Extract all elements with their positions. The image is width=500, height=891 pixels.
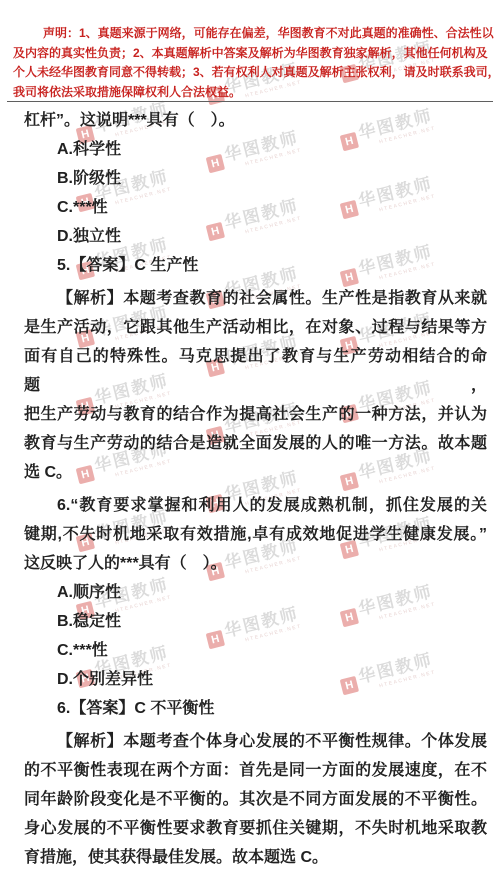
answer-line: 6.【答案】C 不平衡性 bbox=[24, 694, 487, 723]
option-line: D.个别差异性 bbox=[24, 665, 487, 694]
analysis-line: 是生产活动，它跟其他生产活动相比，在对象、过程与结果等方 bbox=[24, 313, 487, 342]
option-line: A.顺序性 bbox=[24, 578, 487, 607]
analysis-line: 身心发展的不平衡性要求教育要抓住关键期，不失时机地采取教 bbox=[24, 814, 487, 843]
analysis-line: 教育与生产劳动的结合是造就全面发展的人的唯一方法。故本题 bbox=[24, 429, 487, 458]
question-line: 键期,不失时机地采取有效措施,卓有成效地促进学生健康发展。” bbox=[24, 520, 487, 549]
question-tail-block: 杠杆”。这说明***具有（ ）。 bbox=[24, 106, 487, 135]
option-line: C.***性 bbox=[24, 636, 487, 665]
analysis-line: 【解析】本题考查教育的社会属性。生产性是指教育从来就 bbox=[24, 284, 487, 313]
analysis-line: 育措施，使其获得最佳发展。故本题选 C。 bbox=[24, 843, 487, 872]
question-block: 6.“教育要求掌握和利用人的发展成熟机制，抓住发展的关键期,不失时机地采取有效措… bbox=[24, 491, 487, 578]
disclaimer-line: 我司将依法采取措施保障权利人合法权益。 bbox=[13, 83, 487, 103]
divider-line bbox=[7, 101, 493, 102]
document-page: H华图教师HTEACHER.NETH华图教师HTEACHER.NETH华图教师H… bbox=[0, 0, 500, 891]
analysis-block: 【解析】本题考查个体身心发展的不平衡性规律。个体发展的不平衡性表现在两个方面：首… bbox=[24, 727, 487, 872]
question-line: 6.“教育要求掌握和利用人的发展成熟机制，抓住发展的关 bbox=[24, 491, 487, 520]
disclaimer-line: 个人未经华图教育同意不得转载；3、若有权利人对真题及解析主张权利，请及时联系我司… bbox=[13, 63, 487, 83]
analysis-line: 同年龄阶段变化是不平衡的。其次是不同方面发展的不平衡性。 bbox=[24, 785, 487, 814]
disclaimer-notice: 声明：1、真题来源于网络，可能存在偏差，华图教育不对此真题的准确性、合法性以及内… bbox=[13, 24, 487, 102]
disclaimer-line: 声明：1、真题来源于网络，可能存在偏差，华图教育不对此真题的准确性、合法性以 bbox=[13, 24, 487, 44]
disclaimer-line: 及内容的真实性负责；2、本真题解析中答案及解析为华图教育独家解析，其他任何机构及 bbox=[13, 44, 487, 64]
question-line: 这反映了人的***具有（ ）。 bbox=[24, 549, 487, 578]
analysis-line: 【解析】本题考查个体身心发展的不平衡性规律。个体发展 bbox=[24, 727, 487, 756]
option-line: C.***性 bbox=[24, 193, 487, 222]
analysis-block: 【解析】本题考查教育的社会属性。生产性是指教育从来就是生产活动，它跟其他生产活动… bbox=[24, 284, 487, 487]
analysis-line: 选 C。 bbox=[24, 458, 487, 487]
answer-block: 5.【答案】C 生产性 bbox=[24, 251, 487, 280]
option-line: A.科学性 bbox=[24, 135, 487, 164]
answer-line: 5.【答案】C 生产性 bbox=[24, 251, 487, 280]
analysis-line: 把生产劳动与教育的结合作为提高社会生产的一种方法，并认为 bbox=[24, 400, 487, 429]
option-block: A.科学性B.阶级性C.***性D.独立性 bbox=[24, 135, 487, 251]
question-tail-line: 杠杆”。这说明***具有（ ）。 bbox=[24, 106, 487, 135]
option-block: A.顺序性B.稳定性C.***性D.个别差异性 bbox=[24, 578, 487, 694]
document-body: 杠杆”。这说明***具有（ ）。A.科学性B.阶级性C.***性D.独立性5.【… bbox=[24, 106, 487, 872]
analysis-line: 的不平衡性表现在两个方面：首先是同一方面的发展速度，在不 bbox=[24, 756, 487, 785]
option-line: B.稳定性 bbox=[24, 607, 487, 636]
option-line: B.阶级性 bbox=[24, 164, 487, 193]
option-line: D.独立性 bbox=[24, 222, 487, 251]
analysis-line: 面有自己的特殊性。马克思提出了教育与生产劳动相结合的命题， bbox=[24, 342, 487, 400]
answer-block: 6.【答案】C 不平衡性 bbox=[24, 694, 487, 723]
